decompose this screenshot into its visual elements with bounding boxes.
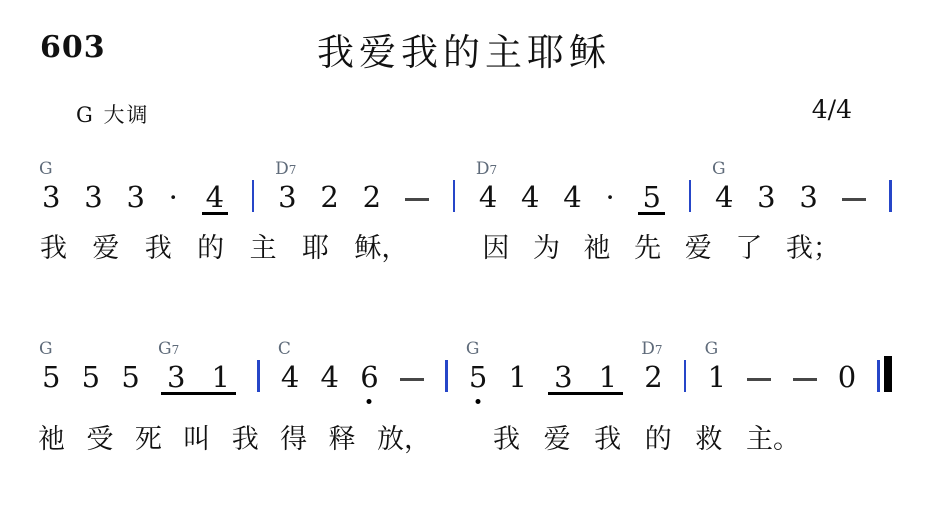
barline	[257, 360, 260, 392]
note-1: 1G	[708, 363, 726, 392]
hymn-title: 我爱我的主耶稣	[0, 22, 928, 76]
note-4: 4	[521, 183, 539, 212]
hold-dash	[405, 198, 429, 202]
notation-row-1: 3G33·43D7224D744·54G33	[42, 154, 892, 212]
lyric-syllable: 主	[250, 233, 277, 265]
note-4: 4G	[715, 183, 733, 212]
lyric-syllable: 救	[695, 424, 722, 456]
chord-label: G	[39, 341, 53, 358]
note-1: 1	[211, 363, 229, 392]
note-3: 3	[167, 363, 185, 392]
lyric-syllable: 耶	[302, 233, 329, 265]
chord-label: G	[712, 161, 726, 178]
lyric-syllable: 我；	[786, 233, 840, 265]
chord-label: D7	[476, 161, 497, 178]
lyric-syllable: 我	[40, 233, 67, 265]
chord-label: C	[278, 341, 291, 358]
lyric-syllable: 死	[135, 424, 162, 456]
beamed-notes: 31	[548, 363, 623, 395]
lyric-syllable: 主。	[746, 424, 800, 456]
note-2: 2D7	[644, 363, 662, 392]
chord-label: G	[705, 341, 719, 358]
note-2: 2	[363, 183, 381, 212]
barline	[684, 360, 687, 392]
lyric-syllable: 稣，	[354, 233, 408, 265]
chord-label: G	[39, 161, 53, 178]
lyric-syllable: 叫	[183, 424, 210, 456]
note-5: 5	[82, 363, 100, 392]
note-2: 2	[320, 183, 338, 212]
time-signature: 4/4	[812, 95, 852, 124]
lyrics-phrase: 祂受死叫我得释放，	[38, 424, 431, 456]
lyrics-phrase: 我爱我的主耶稣，	[40, 233, 408, 265]
dot-separator: ·	[605, 183, 614, 212]
note-4: 4	[202, 183, 228, 215]
lyric-syllable: 的	[645, 424, 672, 456]
final-barline-thin	[877, 360, 880, 392]
hymn-sheet: 603 我爱我的主耶稣 G 大调 4/4 3G33·43D7224D744·54…	[0, 0, 928, 509]
note-1: 1	[508, 363, 526, 392]
lyric-syllable: 释	[329, 424, 356, 456]
lyric-syllable: 受	[86, 424, 113, 456]
hold-dash	[793, 378, 817, 382]
note-0: 0	[838, 363, 856, 392]
note-1: 1	[599, 363, 617, 392]
chord-label: G	[466, 341, 480, 358]
lyric-syllable: 我	[232, 424, 259, 456]
lyric-syllable: 爱	[544, 424, 571, 456]
lyric-syllable: 爱	[685, 233, 712, 265]
lyric-syllable: 祂	[584, 233, 611, 265]
chord-label: G7	[158, 341, 179, 358]
barline	[445, 360, 448, 392]
note-3: 3	[799, 183, 817, 212]
lyric-syllable: 为	[533, 233, 560, 265]
hold-dash	[842, 198, 866, 202]
hold-dash	[400, 378, 424, 382]
key-signature: G 大调	[76, 99, 149, 129]
note-5: 5	[121, 363, 139, 392]
note-5: 5G	[469, 363, 487, 392]
note-3: 3	[757, 183, 775, 212]
hold-dash	[747, 378, 771, 382]
chord-label: D7	[275, 161, 296, 178]
lyric-syllable: 先	[634, 233, 661, 265]
note-3: 3D7	[278, 183, 296, 212]
lyric-syllable: 我	[145, 233, 172, 265]
lyrics-phrase: 因为祂先爱了我；	[482, 233, 840, 265]
note-6: 6	[360, 363, 378, 392]
lyric-syllable: 我	[594, 424, 621, 456]
lyric-syllable: 爱	[92, 233, 119, 265]
lyric-syllable: 得	[280, 424, 307, 456]
chord-label: D7	[641, 341, 662, 358]
note-3: 3	[554, 363, 572, 392]
barline	[453, 180, 456, 212]
note-4: 4	[563, 183, 581, 212]
note-5: 5	[638, 183, 664, 215]
lyrics-row-1: 我爱我的主耶稣，因为祂先爱了我；	[40, 233, 840, 265]
note-3: 3	[84, 183, 102, 212]
barline	[889, 180, 892, 212]
lyric-syllable: 我	[493, 424, 520, 456]
note-3: 3	[126, 183, 144, 212]
lyric-syllable: 祂	[38, 424, 65, 456]
lyrics-row-2: 祂受死叫我得释放，我爱我的救主。	[38, 424, 800, 456]
note-3: 3G	[42, 183, 60, 212]
lyric-syllable: 放，	[377, 424, 431, 456]
note-5: 5G	[42, 363, 60, 392]
lyric-syllable: 了	[735, 233, 762, 265]
final-barline	[877, 356, 892, 392]
beamed-notes: 31G7	[161, 363, 236, 395]
note-4: 4C	[281, 363, 299, 392]
barline	[252, 180, 255, 212]
barline	[689, 180, 692, 212]
dot-separator: ·	[169, 183, 178, 212]
lyrics-phrase: 我爱我的救主。	[493, 424, 800, 456]
lyric-syllable: 的	[197, 233, 224, 265]
note-4: 4D7	[479, 183, 497, 212]
lyric-syllable: 因	[482, 233, 509, 265]
notation-row-2: 5G5531G74C465G1312D71G0	[42, 334, 892, 392]
final-barline-thick	[884, 356, 892, 392]
note-4: 4	[321, 363, 339, 392]
